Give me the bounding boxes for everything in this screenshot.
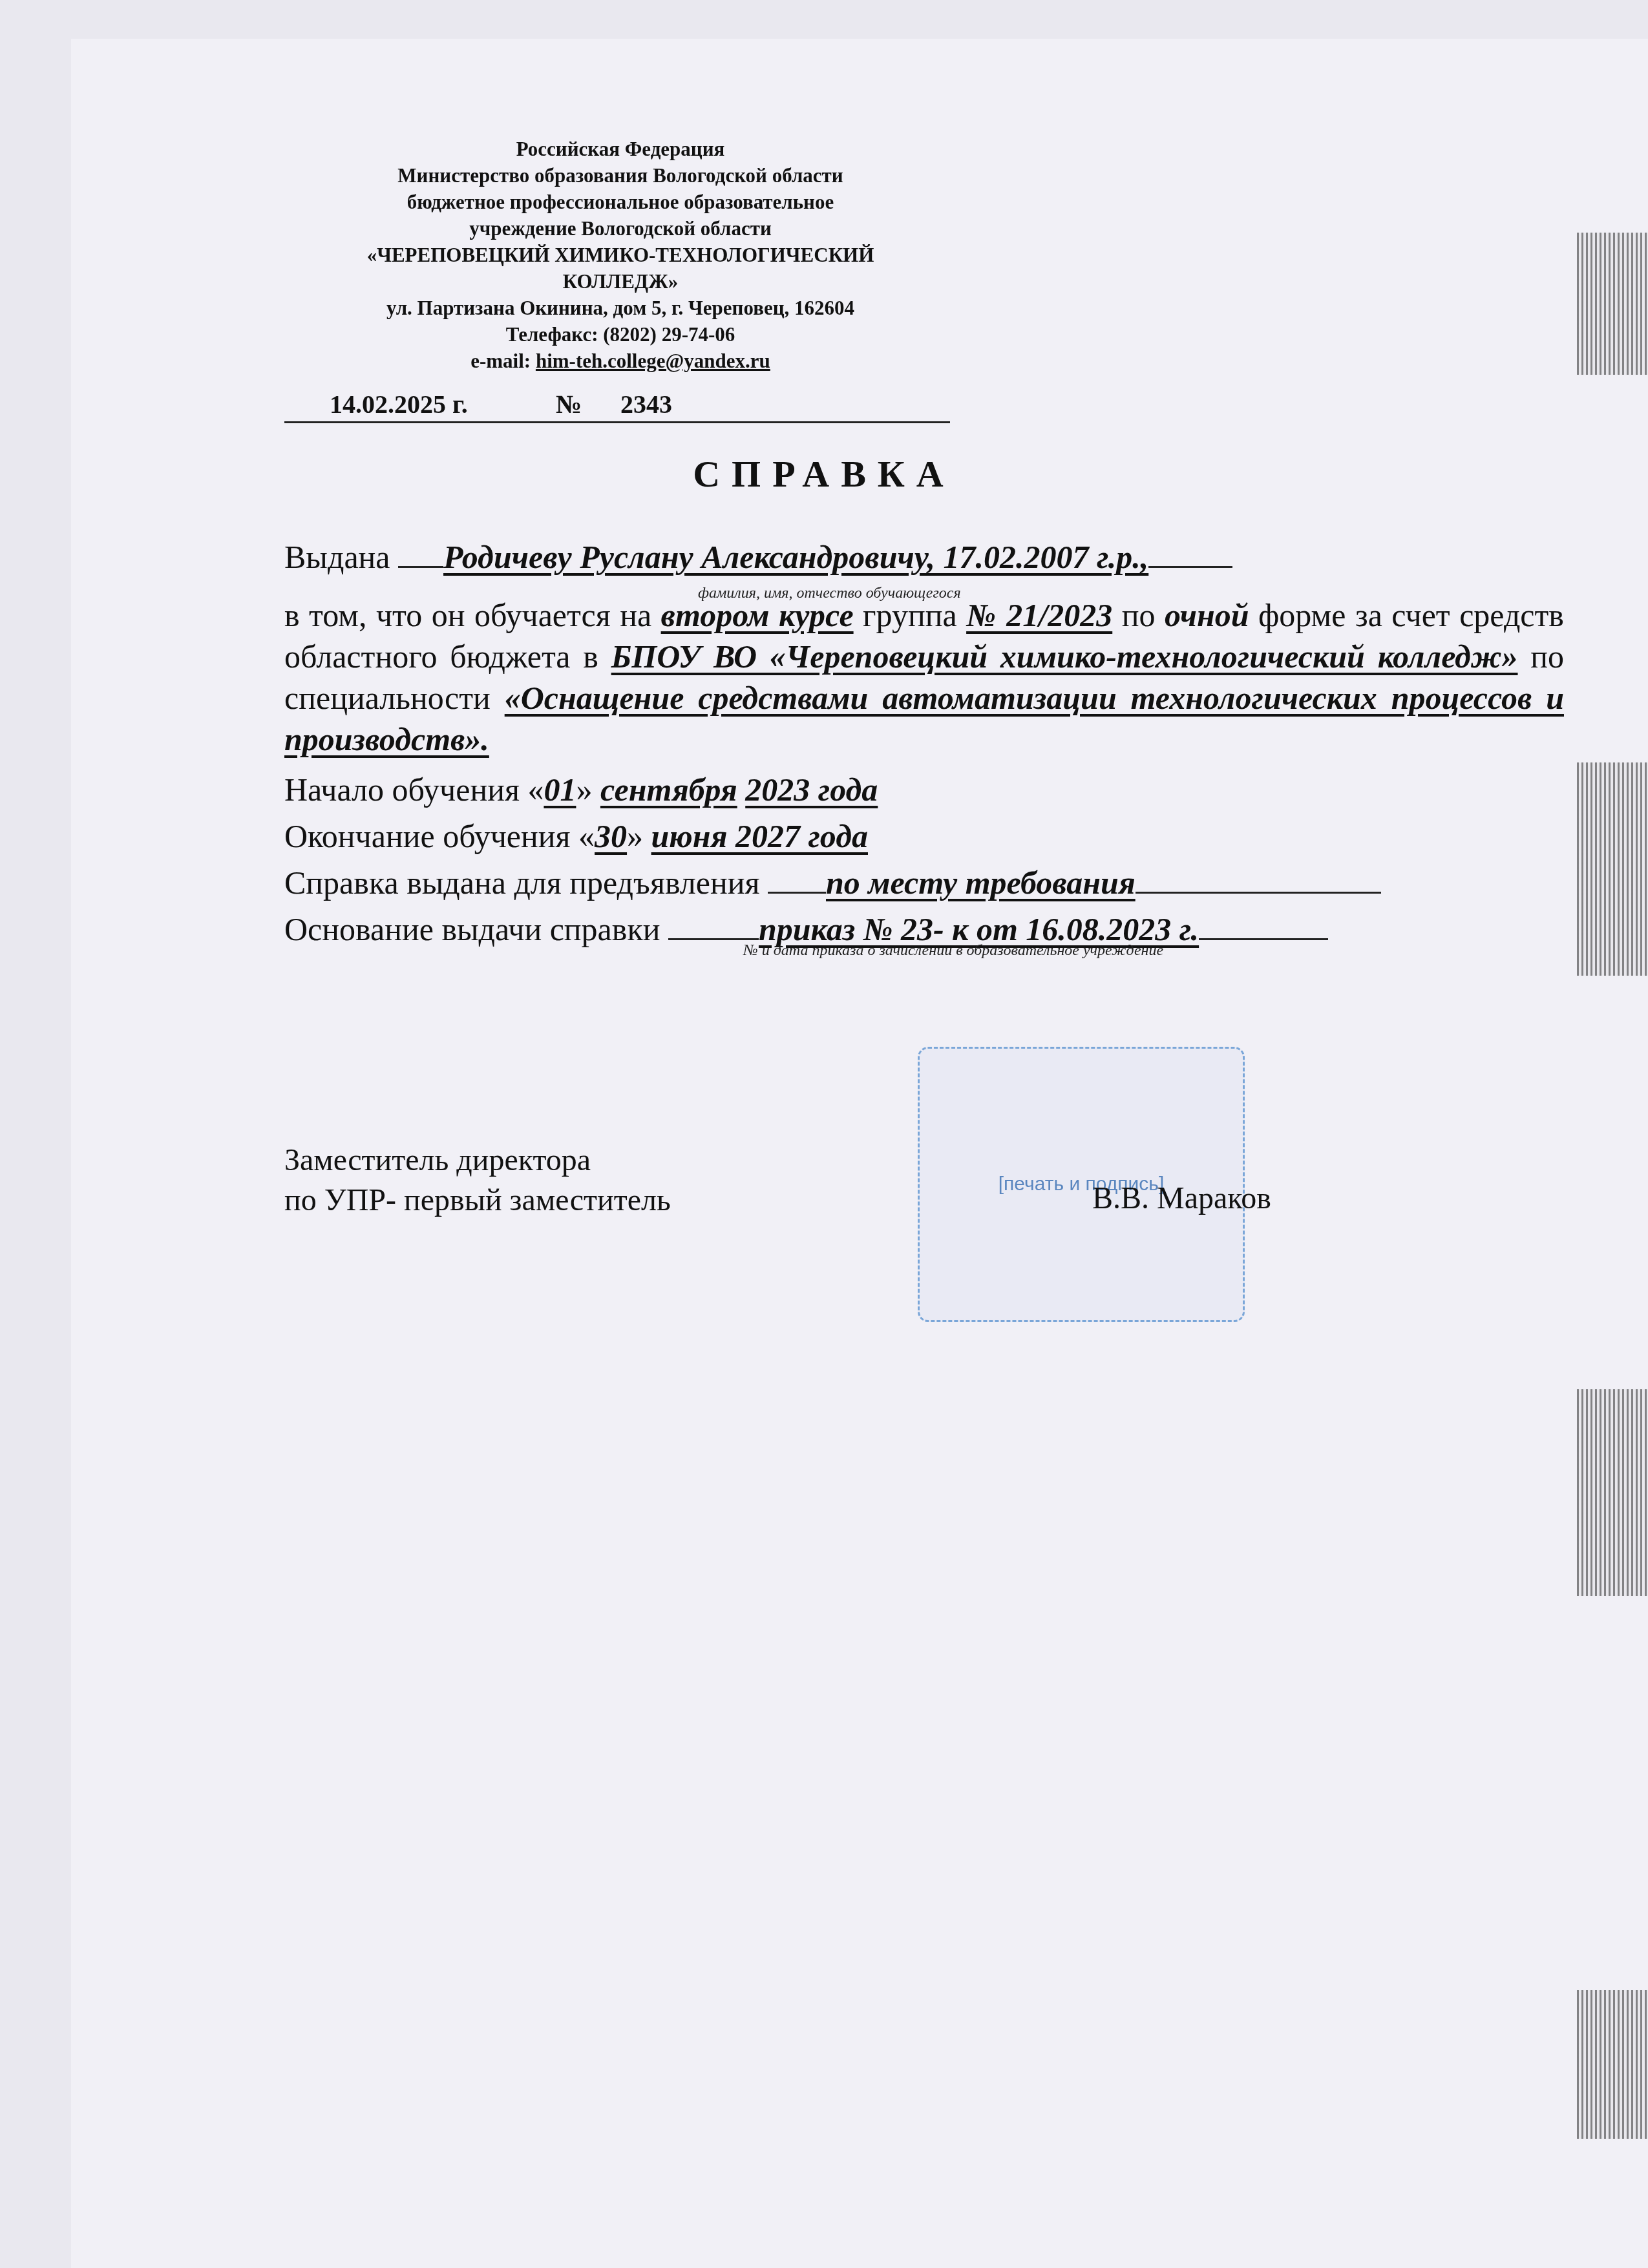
student-name: Родичеву Руслану Александровичу, 17.02.2… [443, 539, 1148, 575]
study-end-label: Окончание обучения « [284, 818, 595, 854]
study-end-day: 30 [595, 818, 627, 854]
study-start-day: 01 [544, 772, 576, 808]
letterhead-line: Министерство образования Вологодской обл… [284, 162, 956, 189]
document-title: СПРАВКА [0, 452, 1648, 496]
group-number: № 21/2023 [966, 597, 1112, 633]
basis-label: Основание выдачи справки [284, 911, 668, 947]
letterhead-line: бюджетное профессиональное образовательн… [284, 189, 956, 215]
registration-line: 14.02.2025 г. № 2343 [284, 388, 950, 423]
study-start-month: сентября [600, 772, 737, 808]
scan-top-edge [0, 0, 1648, 39]
text: » [576, 772, 600, 808]
study-end-month-year: июня 2027 года [651, 818, 868, 854]
signatory-position: Заместитель директора по УПР- первый зам… [284, 1140, 671, 1221]
purpose-value: по месту требования [826, 865, 1136, 901]
study-form: очной [1165, 597, 1249, 633]
text: группа [854, 597, 967, 633]
letterhead-line: учреждение Вологодской области [284, 215, 956, 242]
text: по [1112, 597, 1165, 633]
text: в том, что он обучается на [284, 597, 661, 633]
email-link[interactable]: him-teh.college@yandex.ru [536, 350, 770, 372]
registration-number-sign: № [556, 388, 582, 421]
text: » [627, 818, 651, 854]
study-start-line: Начало обучения «01» сентября 2023 года [284, 769, 1564, 810]
blank-line [768, 863, 826, 894]
study-start-year: 2023 года [745, 772, 878, 808]
scan-artifact [1577, 762, 1648, 976]
position-line: Заместитель директора [284, 1140, 671, 1181]
blank-line [398, 538, 443, 568]
study-start-label: Начало обучения « [284, 772, 544, 808]
position-line: по УПР- первый заместитель [284, 1181, 671, 1221]
course: втором курсе [661, 597, 854, 633]
issued-to-line: Выдана Родичеву Руслану Александровичу, … [284, 536, 1564, 578]
blank-line [668, 910, 759, 940]
institution: БПОУ ВО «Череповецкий химико-технологиче… [611, 638, 1518, 675]
scan-artifact [1577, 1389, 1648, 1596]
blank-line [1148, 538, 1232, 568]
email-label: e-mail: [470, 350, 536, 372]
issued-to-label: Выдана [284, 539, 398, 575]
letterhead-address: ул. Партизана Окинина, дом 5, г. Черепов… [284, 295, 956, 321]
basis-caption: № и дата приказа о зачислении в образова… [743, 942, 1163, 960]
scan-artifact [1577, 233, 1648, 375]
registration-number: 2343 [620, 388, 672, 421]
blank-line [1136, 863, 1381, 894]
letterhead-email: e-mail: him-teh.college@yandex.ru [284, 348, 956, 374]
blank-line [1199, 910, 1328, 940]
scan-left-edge [0, 0, 71, 2268]
registration-date: 14.02.2025 г. [330, 388, 468, 421]
purpose-label: Справка выдана для предъявления [284, 865, 768, 901]
letterhead-line: «ЧЕРЕПОВЕЦКИЙ ХИМИКО-ТЕХНОЛОГИЧЕСКИЙ [284, 242, 956, 268]
study-end-line: Окончание обучения «30» июня 2027 года [284, 815, 1564, 857]
signatory-name: В.В. Мараков [1092, 1181, 1271, 1216]
scan-artifact [1577, 1990, 1648, 2139]
letterhead: Российская Федерация Министерство образо… [284, 136, 956, 374]
letterhead-fax: Телефакс: (8202) 29-74-06 [284, 321, 956, 348]
purpose-line: Справка выдана для предъявления по месту… [284, 862, 1564, 903]
letterhead-line: Российская Федерация [284, 136, 956, 162]
letterhead-line: КОЛЛЕДЖ» [284, 268, 956, 295]
main-paragraph: в том, что он обучается на втором курсе … [284, 594, 1564, 760]
